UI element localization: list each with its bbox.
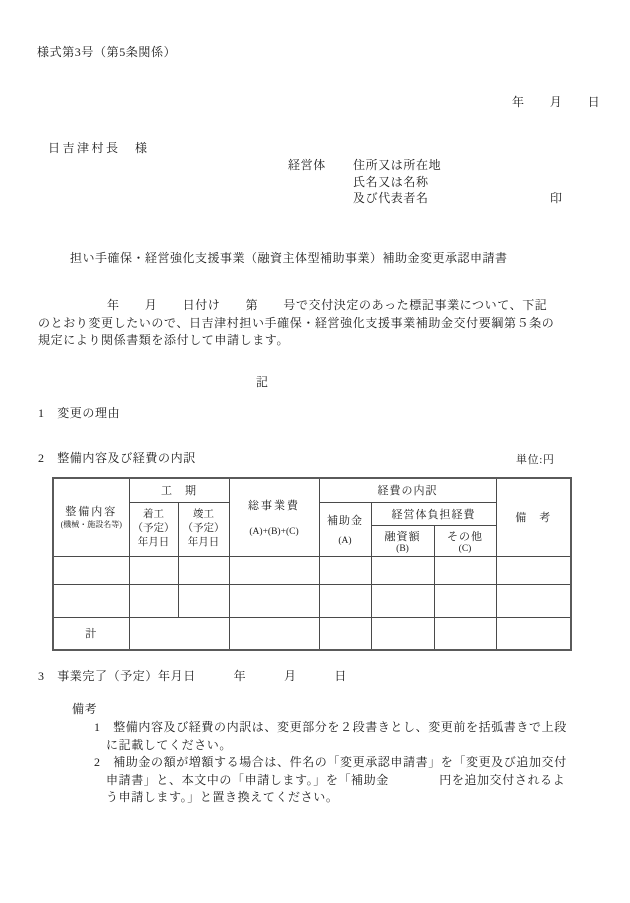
date-line: 年 月 日 — [512, 94, 600, 111]
entry-cell — [371, 617, 434, 650]
table-row — [53, 584, 571, 617]
header-other-label: その他 — [447, 528, 483, 544]
entry-cell — [129, 556, 178, 584]
note-line: う申請します。」と置き換えてください。 — [106, 789, 338, 807]
header-equipment-label: 整備内容 — [65, 505, 117, 519]
header-equipment-cell: 整備内容 (機械・施設名等) — [53, 478, 129, 556]
entry-cell — [496, 584, 571, 617]
form-page: 様式第3号（第5条関係） 年 月 日 日吉津村長 様 経営体 住所又は所在地 氏… — [0, 0, 630, 903]
header-start-cell: 着工 （予定） 年月日 — [129, 502, 178, 556]
section-3-heading: 3 事業完了（予定）年月日 年 月 日 — [38, 668, 347, 685]
applicant-name-label: 氏名又は名称 — [353, 174, 429, 191]
entry-cell — [178, 584, 229, 617]
entry-cell — [434, 556, 496, 584]
header-subsidy-label: 補助金 — [327, 512, 363, 528]
seal-mark: 印 — [550, 190, 563, 207]
header-total-cost-cell: 総事業費 (A)+(B)+(C) — [229, 478, 319, 556]
note-line: 申請書」と、本文中の「申請します。」を「補助金 円を追加交付されるよ — [106, 772, 565, 790]
header-subsidy-cell: 補助金 (A) — [319, 502, 371, 556]
body-line-1: 年 月 日付け 第 号で交付決定のあった標記事業について、下記 — [38, 297, 554, 315]
note-line: 2 補助金の額が増額する場合は、件名の「変更承認申請書」を「変更及び追加交付 — [94, 754, 567, 772]
header-other-cell: その他 (C) — [434, 525, 496, 556]
addressee: 日吉津村長 様 — [48, 140, 150, 157]
document-title: 担い手確保・経営強化支援事業（融資主体型補助事業）補助金変更承認申請書 — [70, 250, 508, 267]
section-1-heading: 1 変更の理由 — [38, 405, 120, 422]
entry-cell — [178, 556, 229, 584]
form-number: 様式第3号（第5条関係） — [37, 44, 176, 61]
note-line: 1 整備内容及び経費の内訳は、変更部分を２段書きとし、変更前を括弧書きで上段 — [94, 719, 567, 737]
entry-cell — [434, 617, 496, 650]
header-total-cost-label: 総事業費 — [248, 497, 300, 513]
entry-cell — [496, 617, 571, 650]
header-period-group: 工 期 — [129, 478, 229, 502]
header-remarks-cell: 備 考 — [496, 478, 571, 556]
entry-cell — [319, 617, 371, 650]
total-label-cell: 計 — [53, 617, 129, 650]
entry-cell — [229, 617, 319, 650]
entry-cell — [129, 584, 178, 617]
applicant-address-label: 住所又は所在地 — [353, 157, 441, 174]
entry-cell — [229, 584, 319, 617]
notes-heading: 備考 — [72, 701, 97, 718]
header-subsidy-code: (A) — [338, 536, 351, 546]
entry-cell — [434, 584, 496, 617]
header-total-cost-formula: (A)+(B)+(C) — [249, 527, 298, 537]
entry-cell — [371, 584, 434, 617]
entry-cell — [496, 556, 571, 584]
header-burden-group: 経営体負担経費 — [371, 502, 496, 525]
header-start-line3: 年月日 — [130, 536, 178, 550]
header-completion-line3: 年月日 — [179, 536, 229, 550]
body-line-2: のとおり変更したいので、日吉津村担い手確保・経営強化支援事業補助金交付要綱第５条… — [38, 315, 554, 333]
entry-cell — [371, 556, 434, 584]
body-paragraph: 年 月 日付け 第 号で交付決定のあった標記事業について、下記 のとおり変更した… — [38, 297, 554, 350]
total-row: 計 — [53, 617, 571, 650]
record-marker: 記 — [256, 374, 270, 391]
header-completion-cell: 竣工 （予定） 年月日 — [178, 502, 229, 556]
header-start-line2: （予定） — [130, 522, 178, 536]
entry-cell — [129, 617, 229, 650]
header-completion-line1: 竣工 — [179, 508, 229, 522]
header-equipment-sublabel: (機械・施設名等) — [61, 519, 122, 530]
cost-breakdown-table: 整備内容 (機械・施設名等) 工 期 総事業費 (A)+(B)+(C) 経費の内… — [52, 477, 572, 651]
entry-cell — [319, 556, 371, 584]
header-completion-line2: （予定） — [179, 522, 229, 536]
header-loan-label: 融資額 — [385, 528, 421, 544]
header-start-line1: 着工 — [130, 508, 178, 522]
entry-cell — [229, 556, 319, 584]
applicant-representative-label: 及び代表者名 — [353, 190, 429, 207]
header-loan-code: (B) — [396, 544, 409, 554]
section-2-heading: 2 整備内容及び経費の内訳 — [38, 450, 196, 467]
header-loan-cell: 融資額 (B) — [371, 525, 434, 556]
applicant-entity-label: 経営体 — [288, 157, 326, 174]
note-line: に記載してください。 — [106, 737, 232, 755]
header-expense-group: 経費の内訳 — [319, 478, 496, 502]
unit-label: 単位:円 — [516, 452, 554, 469]
table-row — [53, 556, 571, 584]
header-other-code: (C) — [459, 544, 472, 554]
entry-cell — [319, 584, 371, 617]
entry-cell — [53, 556, 129, 584]
body-line-3: 規定により関係書類を添付して申請します。 — [38, 332, 554, 350]
entry-cell — [53, 584, 129, 617]
